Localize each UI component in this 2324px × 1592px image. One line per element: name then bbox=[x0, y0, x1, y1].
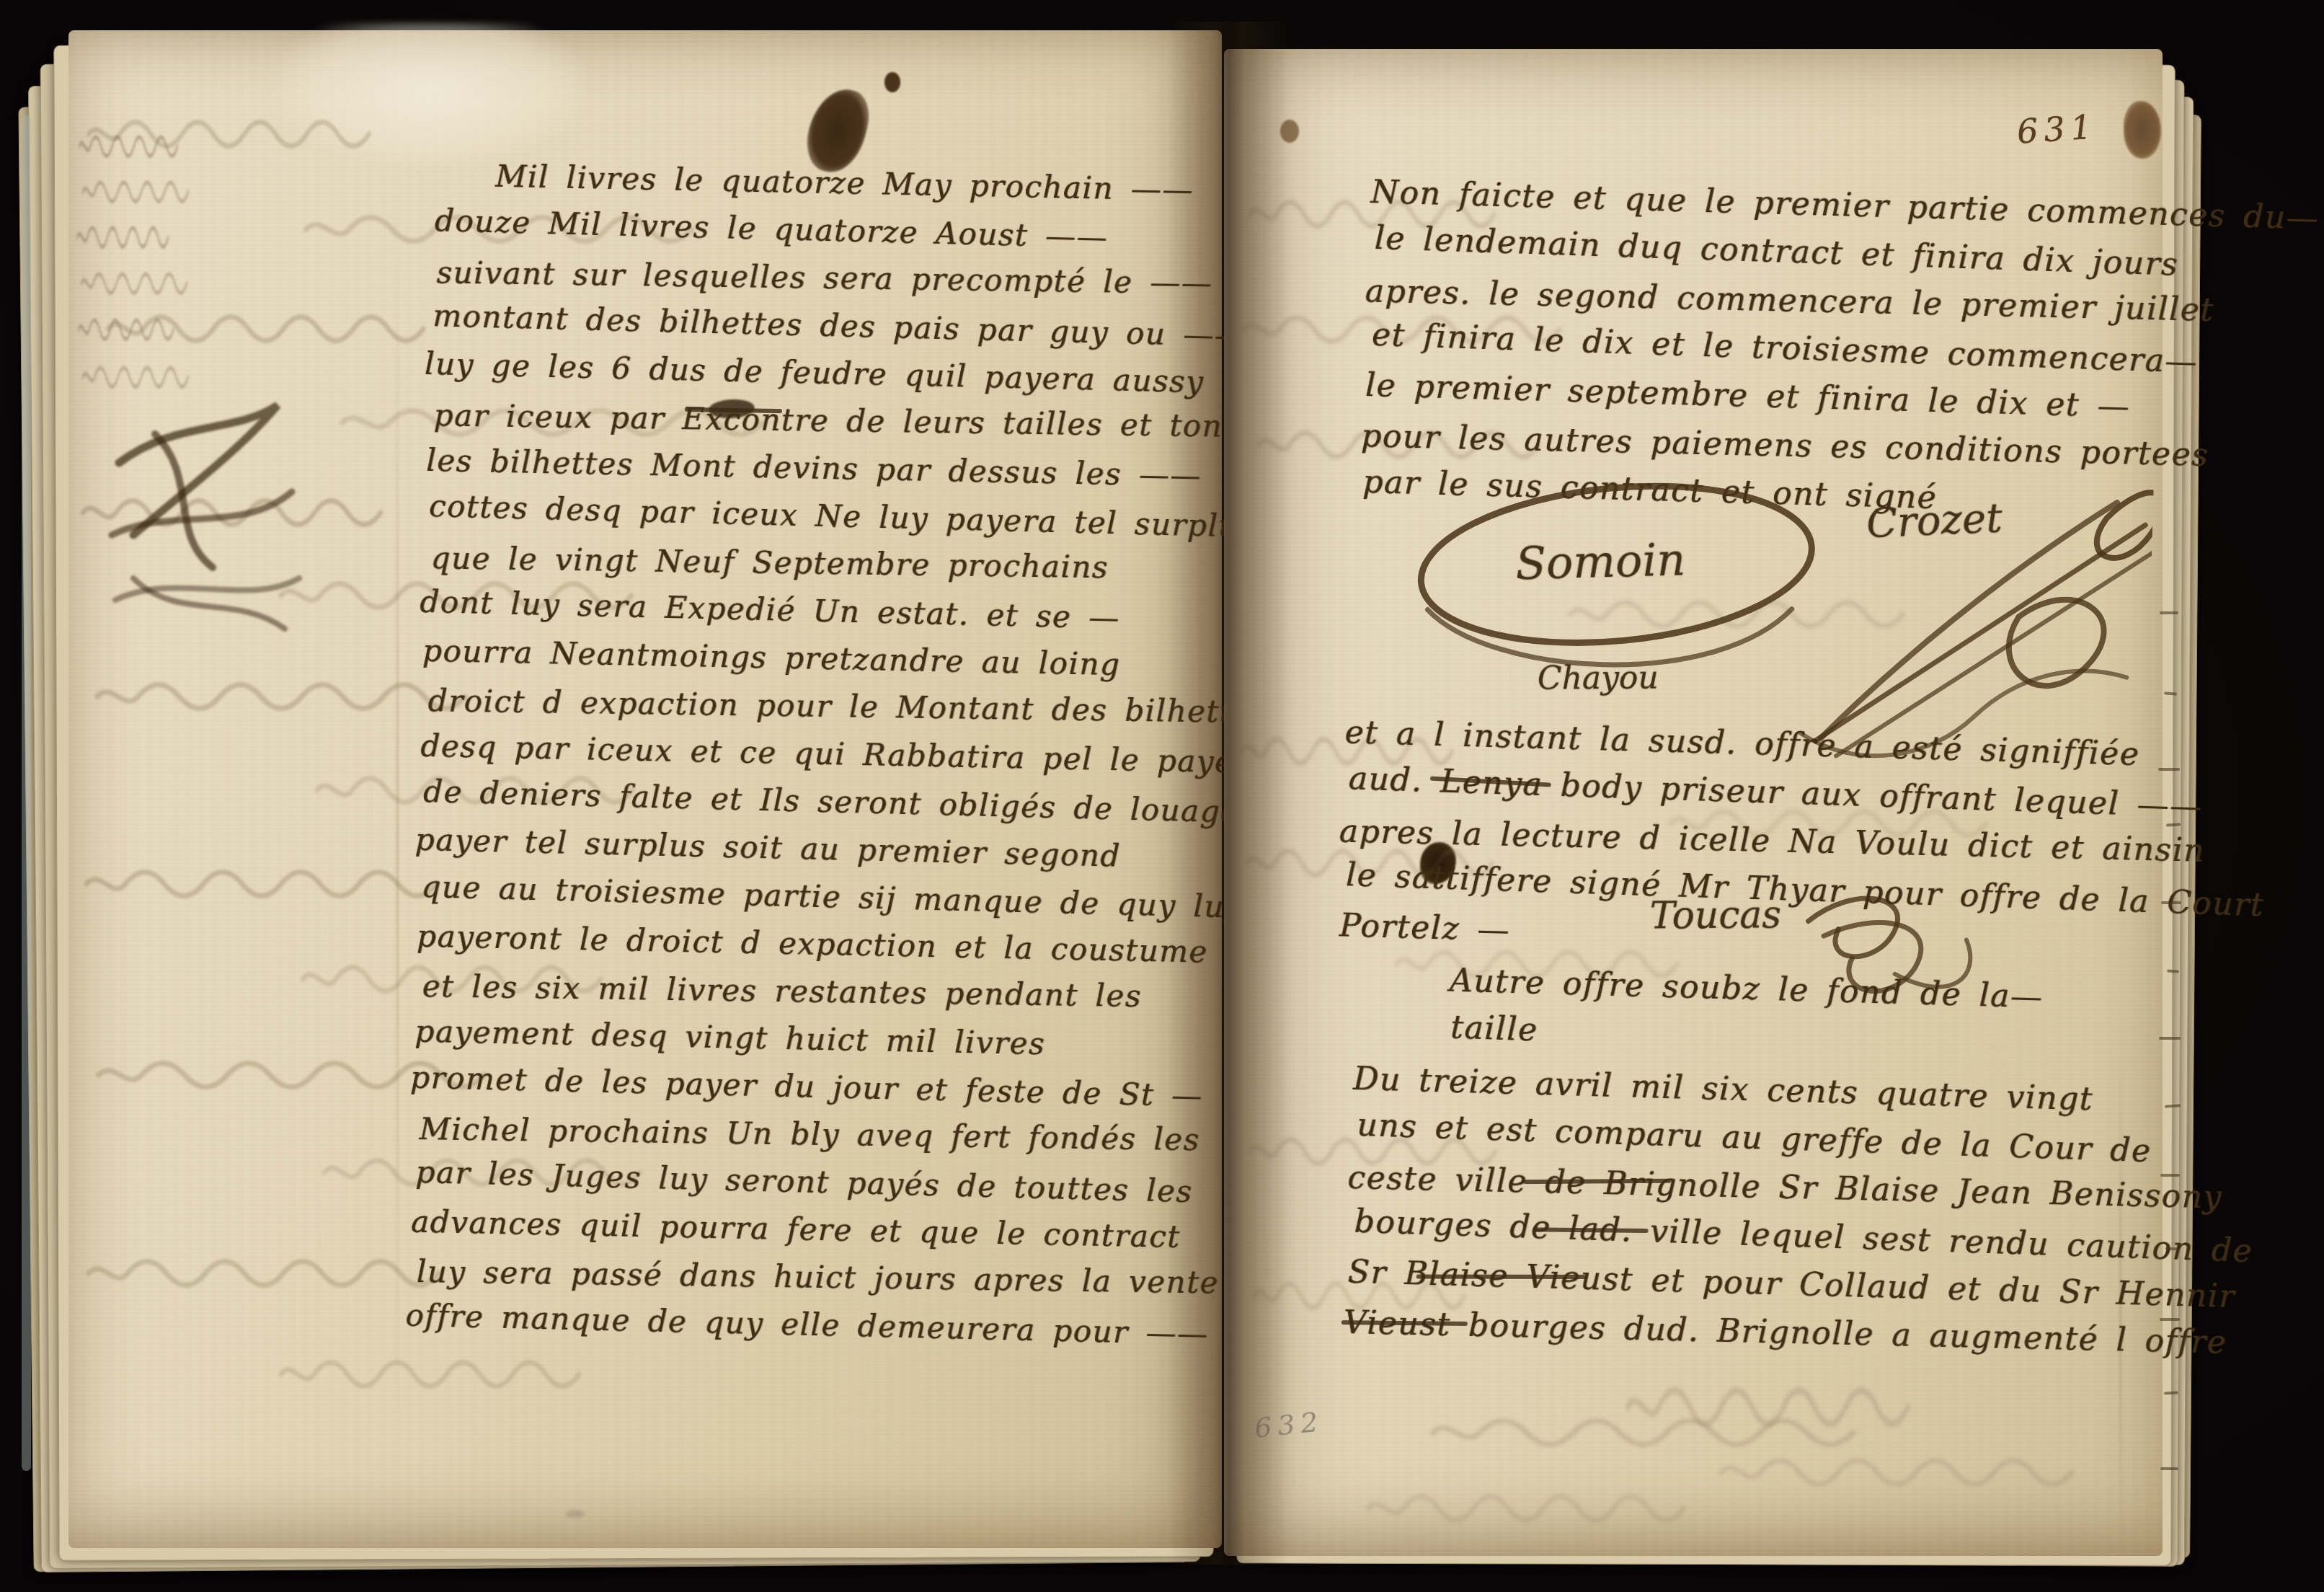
ink-tick bbox=[2158, 768, 2180, 771]
margin-scribble bbox=[112, 405, 299, 629]
photograph-background: Mil livres le quatorze May prochain —— d… bbox=[0, 0, 2324, 1592]
page-number-ink: 631 bbox=[2015, 107, 2098, 151]
strikethrough-mark bbox=[1416, 1275, 1586, 1279]
left-page-text: Mil livres le quatorze May prochain —— d… bbox=[409, 151, 1218, 1357]
ink-tick bbox=[2159, 1037, 2181, 1040]
right-page: 631 632 bbox=[1224, 49, 2163, 1556]
signature-tertiary: Toucas bbox=[1650, 893, 1782, 937]
water-stain bbox=[274, 23, 584, 167]
paragraph: Du treize avril mil six cents quatre vin… bbox=[1346, 1055, 2253, 1370]
ink-tick bbox=[2161, 901, 2181, 904]
pencil-smudge bbox=[566, 1510, 585, 1518]
signature-primary: Somoin bbox=[1515, 533, 1686, 590]
signature-secondary: Crozet bbox=[1866, 495, 2003, 547]
paragraph: Non faicte et que le premier partie comm… bbox=[1362, 168, 2320, 533]
paragraph: et a l instant la susd. offre a esté sig… bbox=[1339, 708, 2263, 975]
left-page: Mil livres le quatorze May prochain —— d… bbox=[68, 30, 1222, 1548]
ink-tick bbox=[2160, 611, 2178, 614]
page-edge-sliver bbox=[22, 115, 31, 1471]
right-page-text: Non faicte et que le premier partie comm… bbox=[1185, 45, 2165, 1578]
ink-tick bbox=[2160, 1467, 2178, 1470]
ink-blot bbox=[884, 72, 900, 92]
ink-tick bbox=[2160, 1174, 2180, 1177]
section-heading: Autre offre soubz le fond de la— taille bbox=[1447, 957, 2044, 1070]
paper-crease bbox=[396, 261, 399, 1415]
signature-small: Chayou bbox=[1538, 660, 1659, 697]
ink-tick bbox=[2160, 1318, 2180, 1321]
